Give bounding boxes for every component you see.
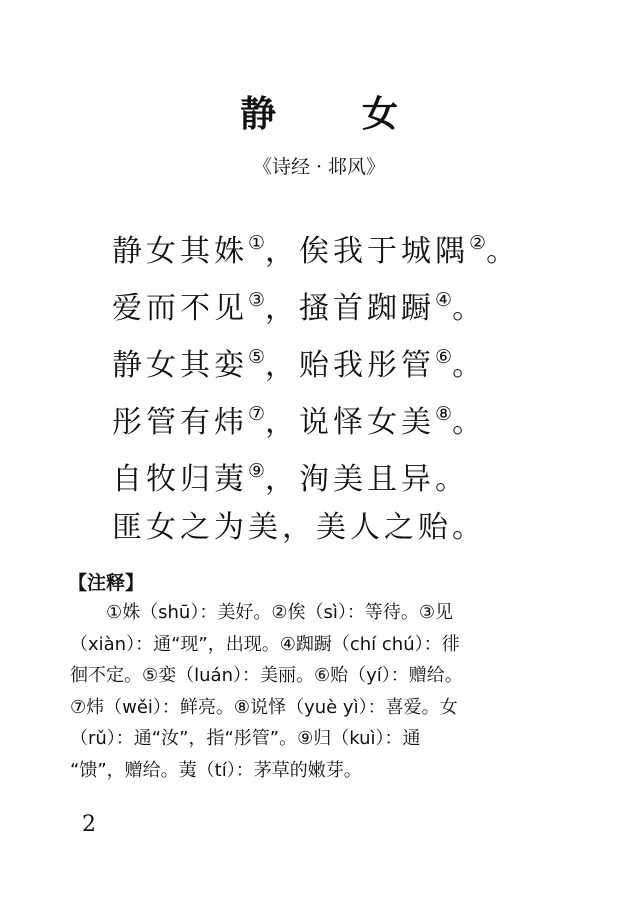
- poem-line: 爱而不见③，搔首踟蹰④。: [112, 275, 520, 332]
- poem-line: 自牧归荑⑨，洵美且异。: [112, 446, 520, 503]
- note-line: （rǔ）：通“汝”，指“彤管”。⑨归（kuì）：通: [70, 723, 546, 755]
- footnote-marker: ⑧: [435, 403, 452, 425]
- footnote-marker: ⑦: [248, 403, 265, 425]
- footnote-marker: ⑥: [435, 346, 452, 368]
- footnote-marker: ⑤: [248, 346, 265, 368]
- footnote-marker: ⑨: [248, 460, 265, 482]
- note-line: “馈”，赠给。荑（tí）：茅草的嫩芽。: [70, 755, 546, 787]
- note-line: 徊不定。⑤娈（luán）：美丽。⑥贻（yí）：赠给。: [70, 660, 546, 692]
- poem-body: 静女其姝①，俟我于城隅②。 爱而不见③，搔首踟蹰④。 静女其娈⑤，贻我彤管⑥。 …: [112, 218, 520, 560]
- footnote-marker: ①: [248, 232, 265, 254]
- title-char-1: 静: [240, 86, 276, 137]
- notes-body: ①姝（shū）：美好。②俟（sì）：等待。③见 （xiàn）：通“现”，出现。④…: [70, 597, 546, 786]
- page-number: 2: [82, 812, 96, 837]
- page-title: 静女: [0, 86, 638, 137]
- note-line: （xiàn）：通“现”，出现。④踟蹰（chí chú）：徘: [70, 629, 546, 661]
- poem-line: 静女其娈⑤，贻我彤管⑥。: [112, 332, 520, 389]
- source-citation: 《诗经 · 邶风》: [0, 152, 638, 179]
- note-line: ⑦炜（wěi）：鲜亮。⑧说怿（yuè yì）：喜爱。女: [70, 692, 546, 724]
- footnote-marker: ②: [469, 232, 486, 254]
- footnote-marker: ③: [248, 289, 265, 311]
- poem-line: 彤管有炜⑦，说怿女美⑧。: [112, 389, 520, 446]
- note-line: ①姝（shū）：美好。②俟（sì）：等待。③见: [70, 597, 546, 629]
- poem-line: 匪女之为美，美人之贻。: [112, 503, 520, 560]
- title-char-2: 女: [362, 86, 398, 137]
- notes-heading: 【注释】: [68, 568, 144, 595]
- poem-line: 静女其姝①，俟我于城隅②。: [112, 218, 520, 275]
- footnote-marker: ④: [435, 289, 452, 311]
